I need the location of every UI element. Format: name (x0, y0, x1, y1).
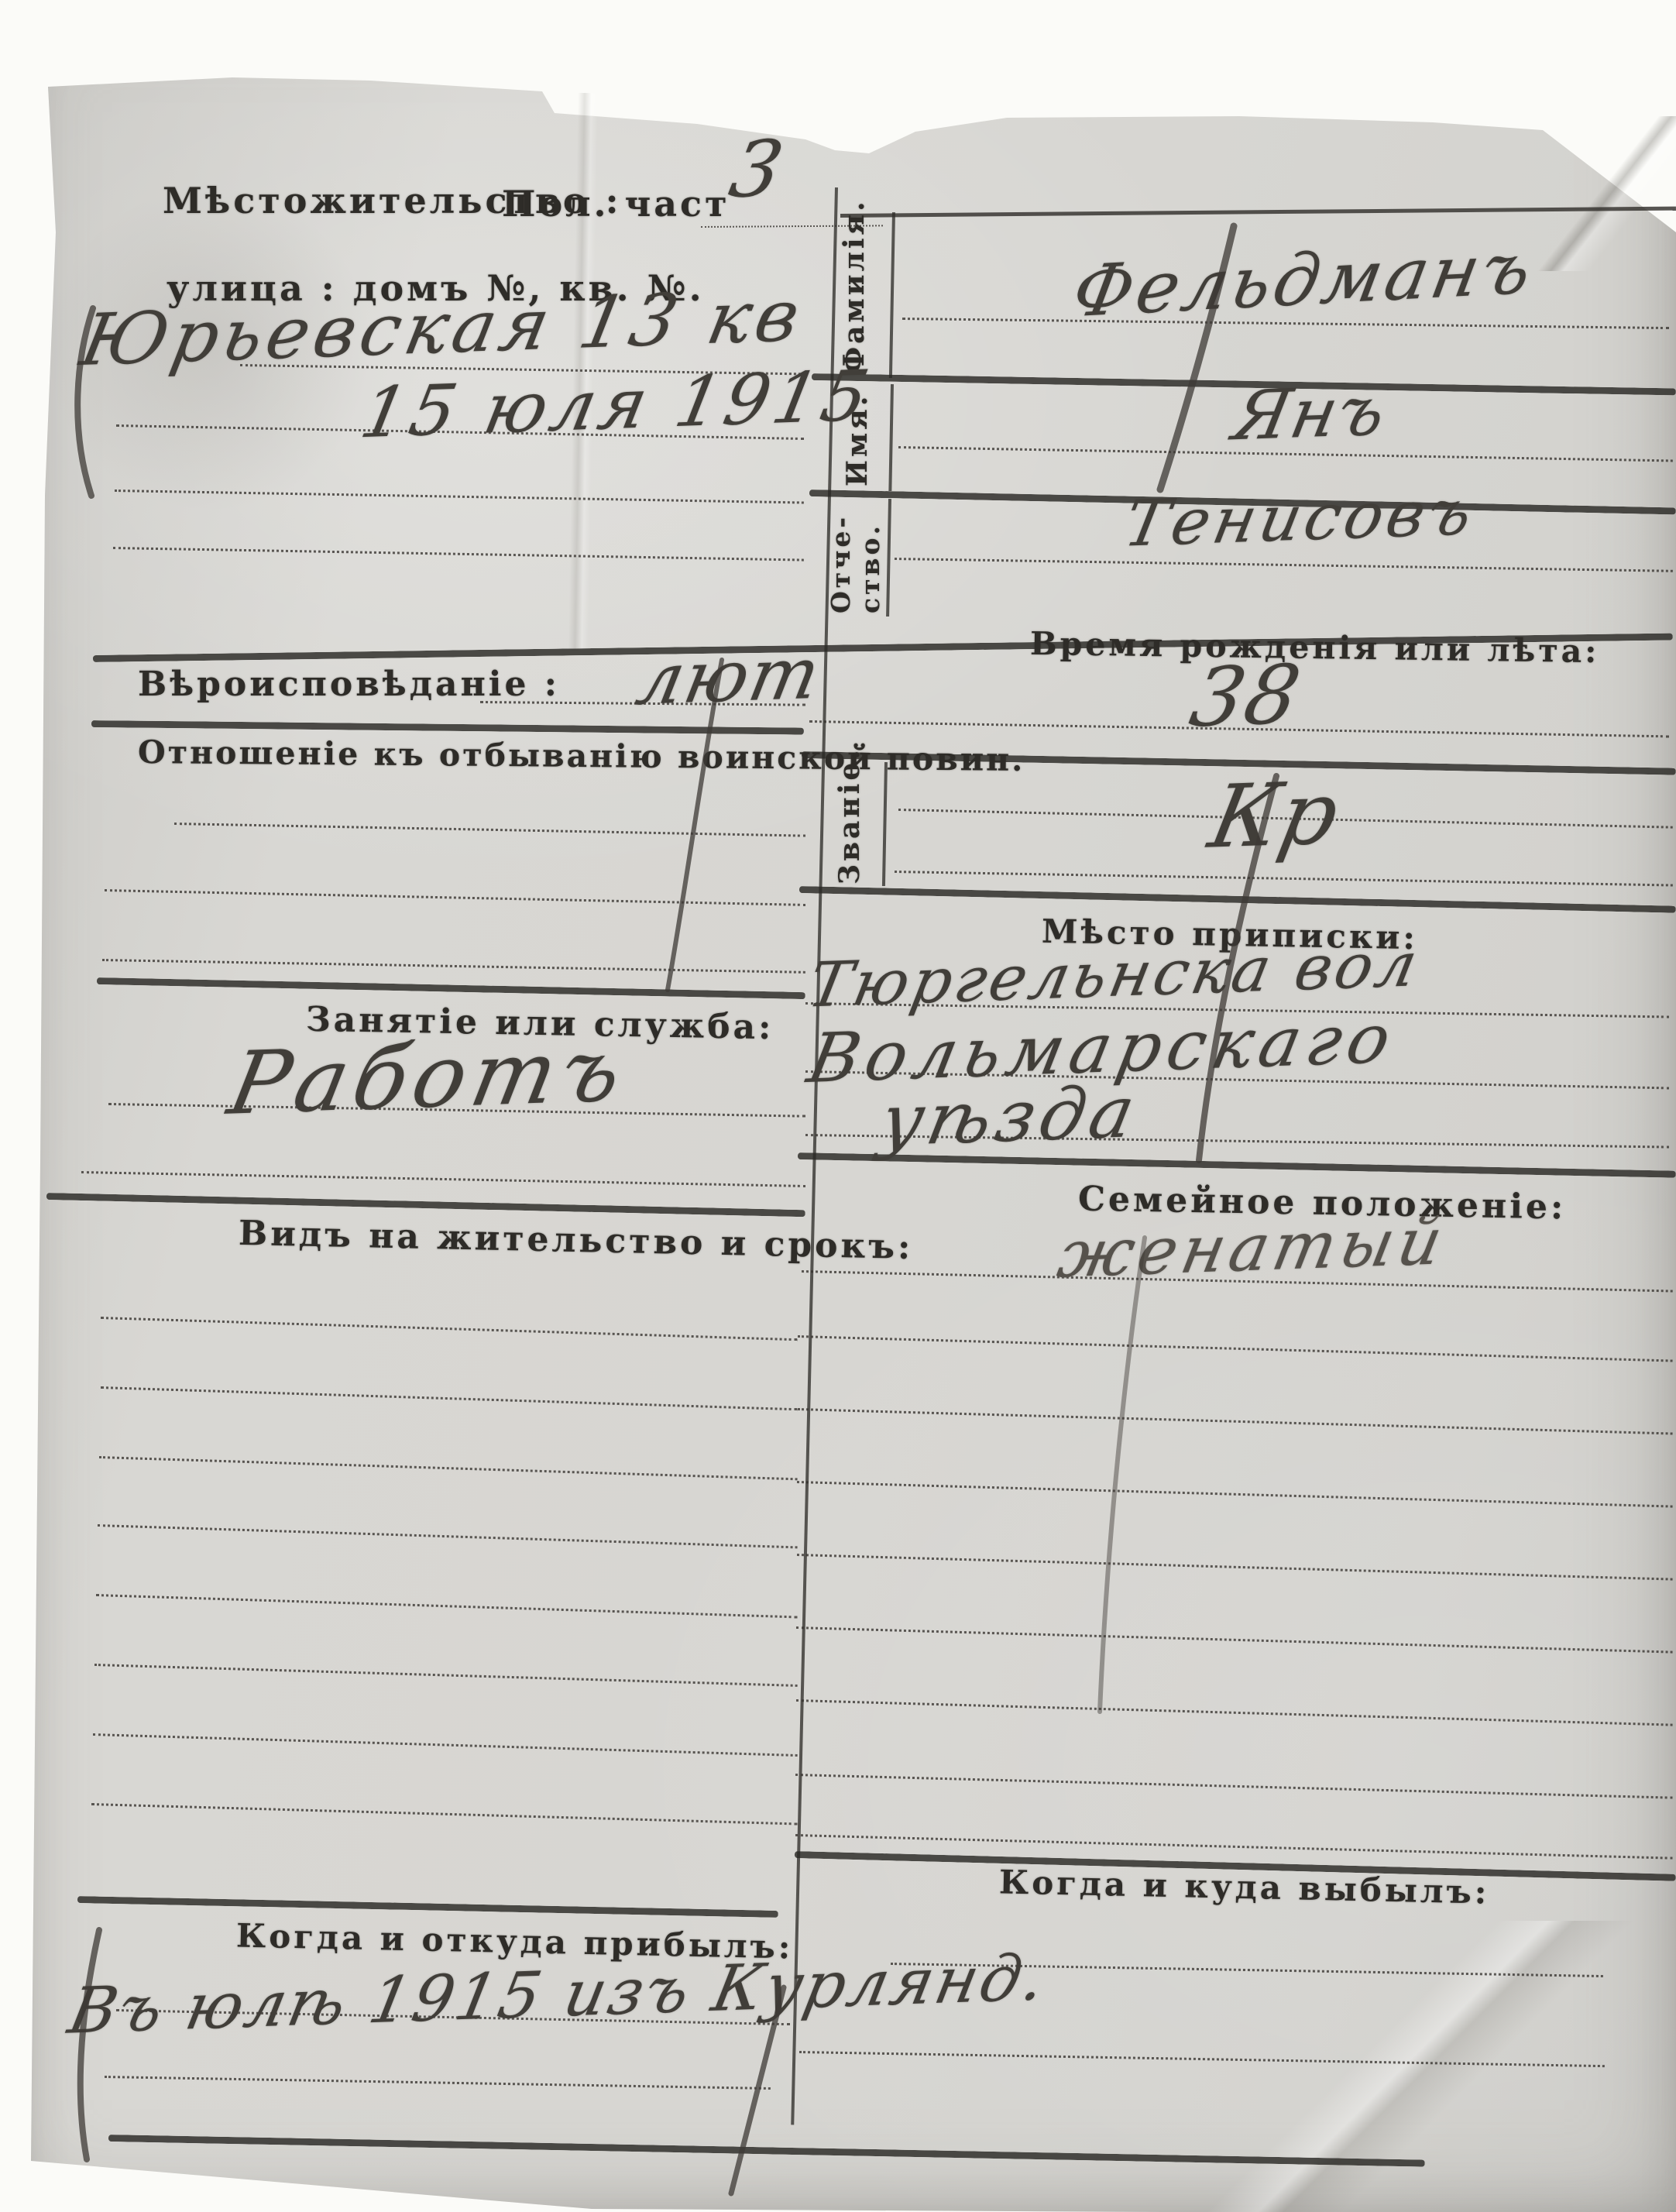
family-status-value: женатый (1053, 1203, 1454, 1292)
birth-label: Время рожденія или лѣта: (1030, 625, 1600, 670)
patronymic-value: Тенисовъ (1118, 476, 1482, 562)
military-duty-label: Отношеніе къ отбыванію воинской повин. (138, 733, 1025, 778)
police-part-label: Пол. част (502, 183, 730, 225)
surname-side-label: Фамилія. (838, 226, 871, 373)
occupation-value: Работъ (221, 1020, 636, 1135)
patronymic-side-label-line1: Отче- (826, 505, 856, 613)
patronymic-side-label-line2: ство. (855, 505, 885, 613)
birth-value: 38 (1183, 647, 1310, 746)
scanned-registration-card: Мѣстожительство : Пол. част улица : домъ… (0, 0, 1676, 2212)
rank-side-label: Званіе. (833, 768, 866, 884)
religion-label: Вѣроисповѣданіе : (138, 665, 560, 704)
religion-value: лют (630, 632, 829, 721)
rank-value: Кр (1202, 763, 1348, 868)
name-value: Янъ (1227, 371, 1393, 456)
registration-value-line3: уѣзда (874, 1070, 1145, 1162)
